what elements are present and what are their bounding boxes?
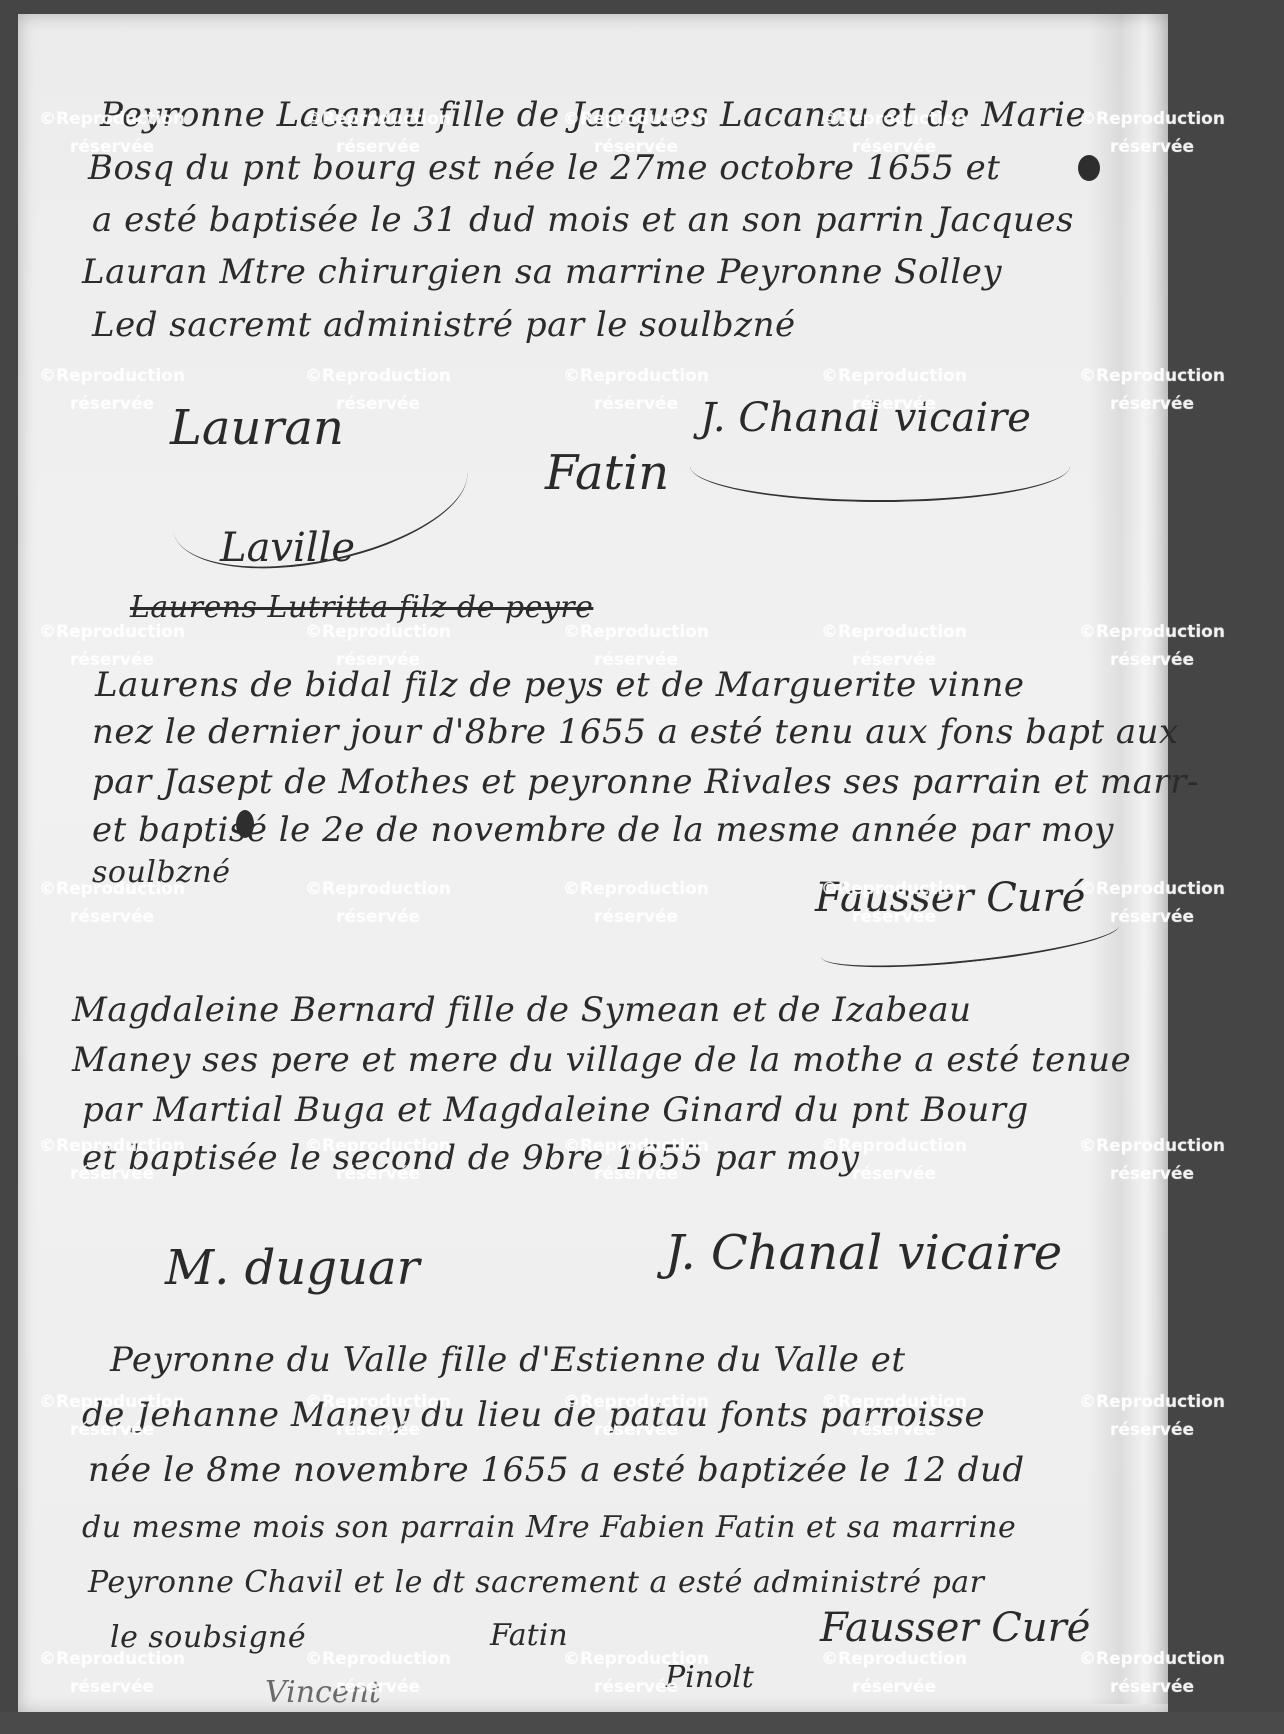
entry-2-line-3: par Jasept de Mothes et peyronne Rivales… <box>92 762 1199 802</box>
entry-1-line-5: Led sacremt administré par le soulbzné <box>92 305 796 345</box>
entry-2-struck-heading: Laurens Lutritta filz de peyre <box>130 590 593 625</box>
entry-3-line-2: Maney ses pere et mere du village de la … <box>72 1040 1131 1080</box>
entry-4-line-5: Peyronne Chavil et le dt sacrement a est… <box>88 1565 985 1600</box>
signature-flourish <box>690 430 1070 502</box>
signature-pinolt: Pinolt <box>665 1660 754 1695</box>
entry-1-line-1: Peyronne Lacanau fille de Jacques Lacana… <box>100 95 1086 135</box>
signature-vincent: Vincent <box>265 1675 381 1710</box>
entry-4-line-1: Peyronne du Valle fille d'Estienne du Va… <box>110 1340 906 1380</box>
signature-chanal-vicaire-2: J. Chanal vicaire <box>665 1225 1062 1281</box>
page-fold-shadow <box>1088 14 1168 1704</box>
entry-1-line-4: Lauran Mtre chirurgien sa marrine Peyron… <box>82 252 1002 292</box>
entry-1-line-3: a esté baptisée le 31 dud mois et an son… <box>92 200 1074 240</box>
entry-4-line-3: née le 8me novembre 1655 a esté baptizée… <box>88 1450 1025 1490</box>
signature-fatin: Fatin <box>545 445 669 501</box>
entry-2-line-5: soulbzné <box>92 855 230 890</box>
entry-4-line-6: le soubsigné <box>110 1620 306 1655</box>
entry-2-line-1: Laurens de bidal filz de peys et de Marg… <box>95 665 1025 705</box>
scanned-document: Peyronne Lacanau fille de Jacques Lacana… <box>0 0 1284 1734</box>
entry-3-line-3: par Martial Buga et Magdaleine Ginard du… <box>82 1090 1029 1130</box>
ink-blot <box>236 810 254 838</box>
entry-1-line-2: Bosq du pnt bourg est née le 27me octobr… <box>88 148 1000 188</box>
entry-4-line-4: du mesme mois son parrain Mre Fabien Fat… <box>82 1510 1016 1545</box>
ink-blot <box>1078 155 1100 181</box>
entry-3-line-4: et baptisée le second de 9bre 1655 par m… <box>82 1138 859 1178</box>
signature-fausser-cure-2: Fausser Curé <box>820 1605 1090 1651</box>
entry-4-line-2: de Jehanne Maney du lieu de patau fonts … <box>82 1395 985 1435</box>
signature-duguar: M. duguar <box>165 1240 420 1296</box>
entry-2-line-2: nez le dernier jour d'8bre 1655 a esté t… <box>92 712 1179 752</box>
signature-fatin-2: Fatin <box>490 1618 568 1653</box>
entry-3-line-1: Magdaleine Bernard fille de Symean et de… <box>72 990 972 1030</box>
page-bottom-edge <box>0 1712 1284 1734</box>
